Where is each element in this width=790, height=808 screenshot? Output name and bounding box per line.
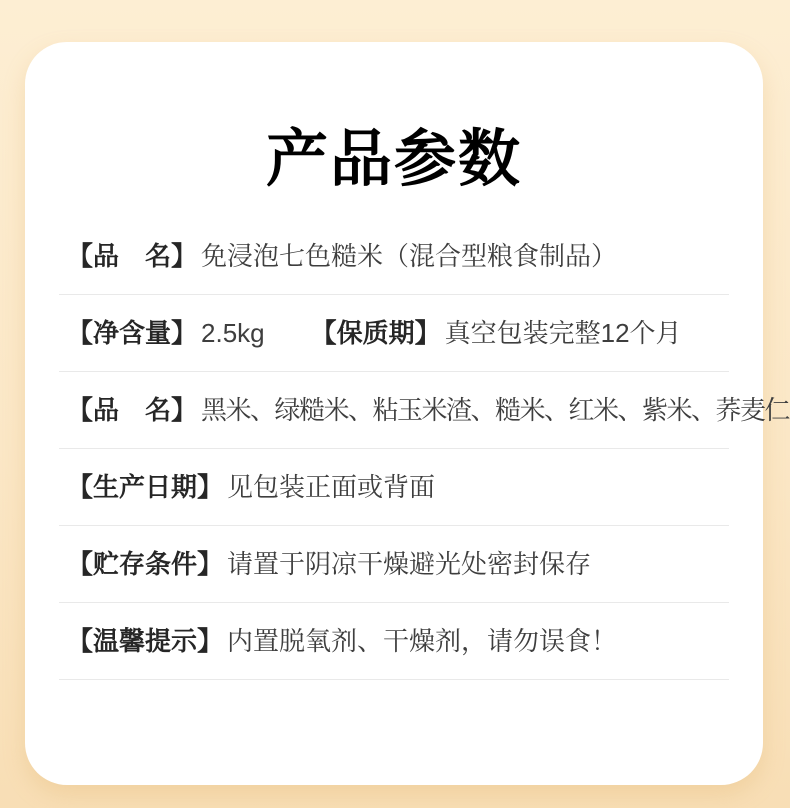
spec-value: 2.5kg — [201, 318, 265, 348]
page-title: 产品参数 — [59, 128, 729, 192]
spec-label: 【品 名】 — [67, 241, 197, 271]
shelf-life-pair: 【保质期】真空包装完整12个月 — [311, 318, 682, 348]
spec-label: 【保质期】 — [311, 318, 441, 348]
spec-value: 免浸泡七色糙米（混合型粮食制品） — [201, 241, 617, 271]
net-weight-pair: 【净含量】2.5kg — [67, 318, 265, 348]
spec-value: 内置脱氧剂、干燥剂，请勿误食！ — [227, 626, 617, 656]
spec-row-product-name: 【品 名】免浸泡七色糙米（混合型粮食制品） — [59, 218, 729, 295]
spec-label: 【贮存条件】 — [67, 549, 223, 579]
spec-label: 【净含量】 — [67, 318, 197, 348]
spec-value: 真空包装完整12个月 — [445, 318, 682, 348]
spec-row-warm-tips: 【温馨提示】内置脱氧剂、干燥剂，请勿误食！ — [59, 603, 729, 680]
product-specs-card: 产品参数 【品 名】免浸泡七色糙米（混合型粮食制品） 【净含量】2.5kg【保质… — [25, 42, 763, 785]
spec-value: 请置于阴凉干燥避光处密封保存 — [227, 549, 591, 579]
spec-value: 黑米、绿糙米、粘玉米渣、糙米、红米、紫米、荞麦仁 — [201, 395, 789, 425]
spec-label: 【生产日期】 — [67, 472, 223, 502]
spec-row-storage-conditions: 【贮存条件】请置于阴凉干燥避光处密封保存 — [59, 526, 729, 603]
spec-label: 【温馨提示】 — [67, 626, 223, 656]
spec-rows: 【品 名】免浸泡七色糙米（混合型粮食制品） 【净含量】2.5kg【保质期】真空包… — [59, 218, 729, 680]
spec-row-production-date: 【生产日期】见包装正面或背面 — [59, 449, 729, 526]
spec-row-net-weight-shelf-life: 【净含量】2.5kg【保质期】真空包装完整12个月 — [59, 295, 729, 372]
spec-row-ingredients: 【品 名】黑米、绿糙米、粘玉米渣、糙米、红米、紫米、荞麦仁 — [59, 372, 729, 449]
spec-value: 见包装正面或背面 — [227, 472, 435, 502]
spec-label: 【品 名】 — [67, 395, 197, 425]
